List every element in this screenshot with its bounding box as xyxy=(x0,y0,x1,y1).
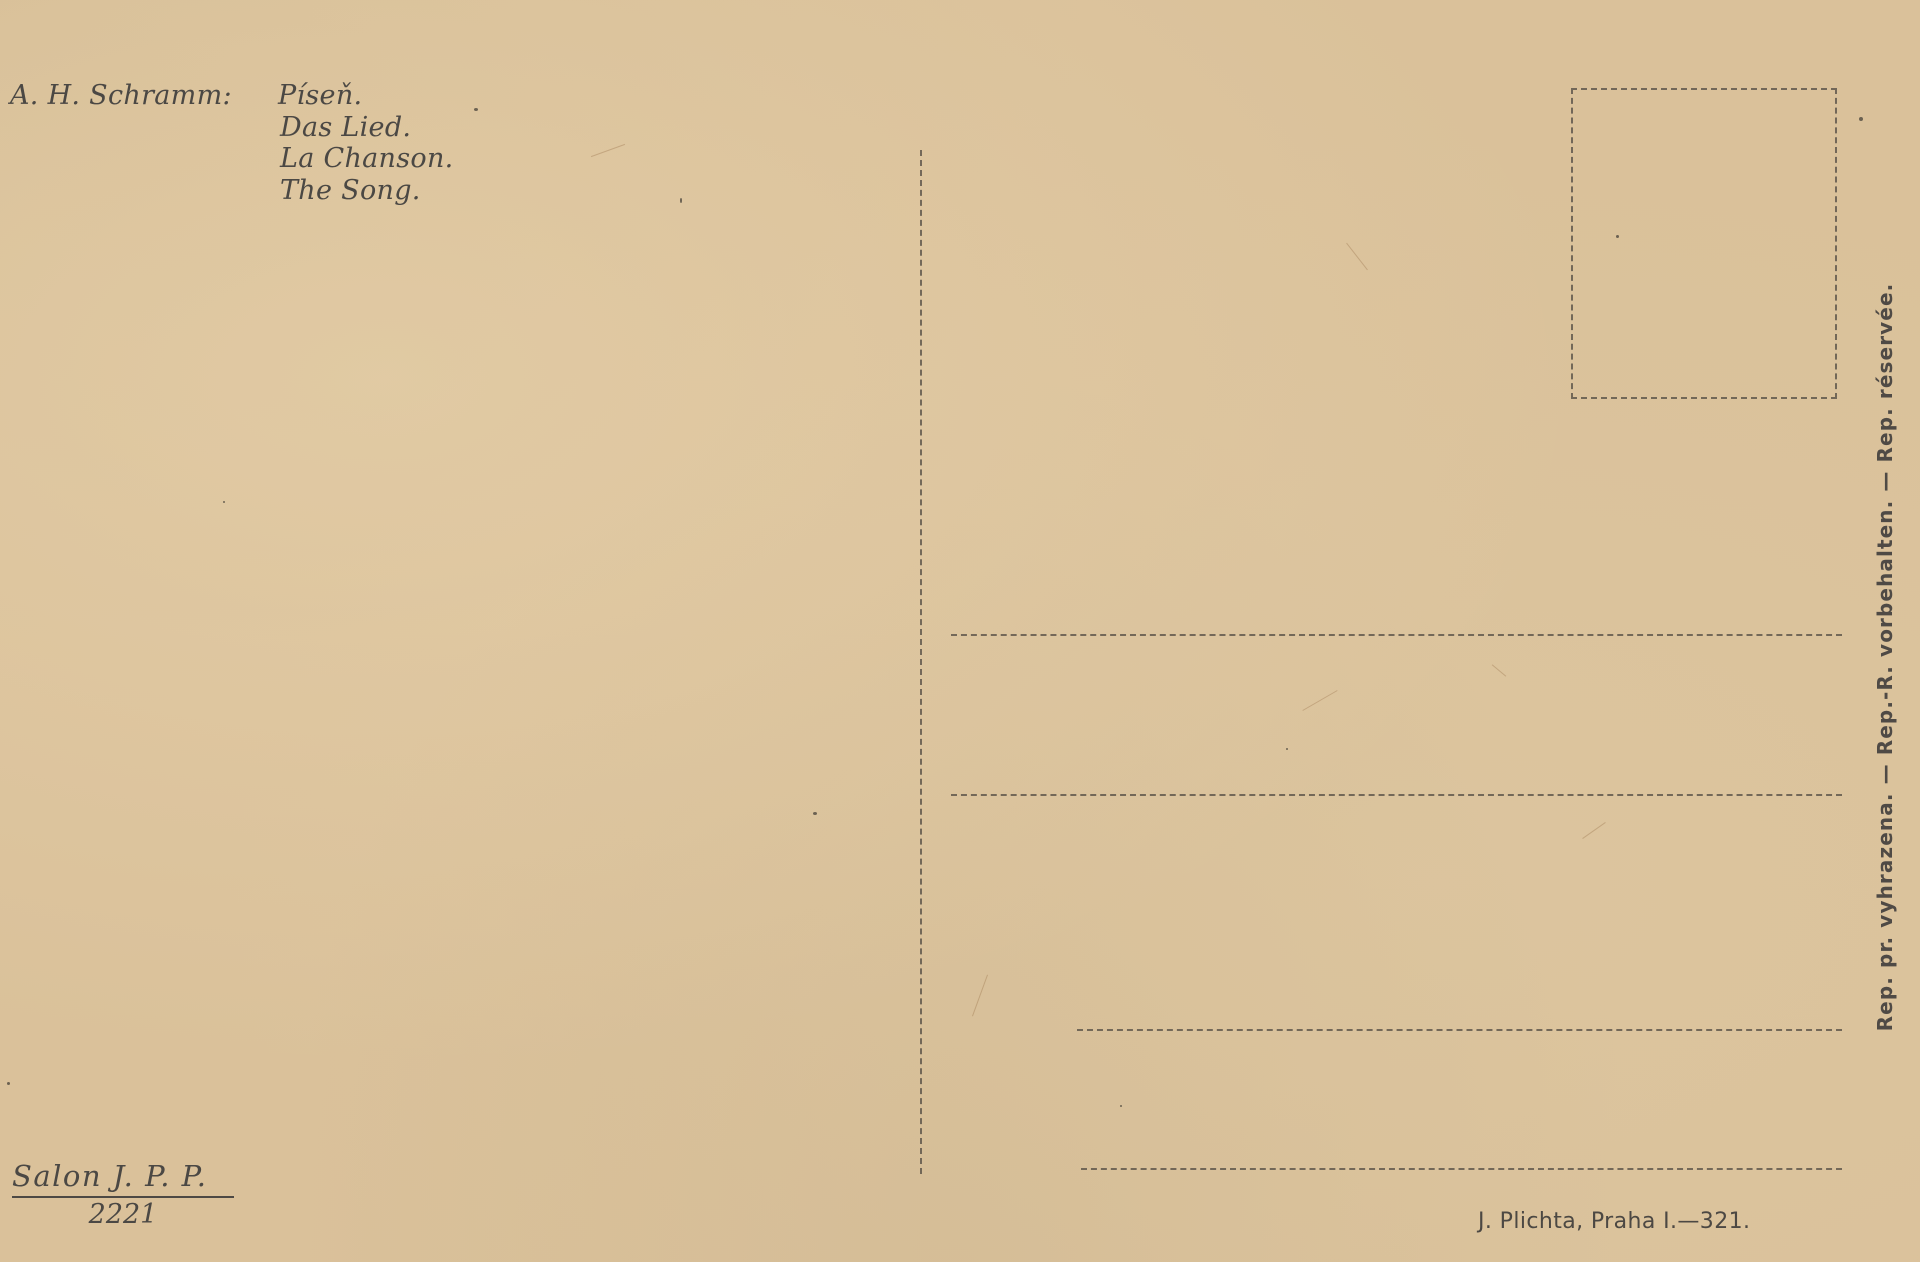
paper-speck xyxy=(1286,748,1288,750)
title-czech: Píseň. xyxy=(278,80,362,111)
address-line-1 xyxy=(951,634,1842,636)
paper-fiber xyxy=(1492,664,1506,676)
postcard-back: A. H. Schramm:Píseň. Das Lied. La Chanso… xyxy=(0,0,1920,1262)
paper-speck xyxy=(7,1082,10,1085)
title-row-czech: A. H. Schramm:Píseň. xyxy=(10,80,454,112)
title-row-english: The Song. xyxy=(10,175,454,207)
paper-fiber xyxy=(972,975,988,1017)
title-block: A. H. Schramm:Píseň. Das Lied. La Chanso… xyxy=(10,80,454,206)
rights-notice-text: Rep. pr. vyhrazena. — Rep.-R. vorbehalte… xyxy=(1873,283,1897,1032)
title-french: La Chanson. xyxy=(280,143,454,174)
paper-fiber xyxy=(1582,822,1606,839)
center-divider-dotted xyxy=(920,150,922,1174)
address-line-2 xyxy=(951,794,1842,796)
artist-name: A. H. Schramm: xyxy=(10,80,278,112)
title-german: Das Lied. xyxy=(280,112,411,143)
paper-fiber xyxy=(1346,243,1368,270)
paper-speck xyxy=(223,501,225,503)
paper-speck xyxy=(1616,235,1619,238)
address-line-4 xyxy=(1081,1168,1842,1170)
paper-speck xyxy=(474,108,478,111)
paper-speck xyxy=(813,812,817,815)
salon-label: Salon J. P. P. xyxy=(12,1160,234,1192)
catalog-number: 2221 xyxy=(12,1198,234,1232)
paper-fiber xyxy=(1302,690,1337,711)
title-row-french: La Chanson. xyxy=(10,143,454,175)
paper-speck xyxy=(1120,1105,1122,1107)
stamp-box xyxy=(1571,88,1837,399)
address-line-3 xyxy=(1077,1029,1842,1031)
publisher-imprint: J. Plichta, Praha I.—321. xyxy=(1478,1209,1750,1234)
paper-speck xyxy=(680,198,682,203)
title-english: The Song. xyxy=(280,175,421,206)
rights-notice: Rep. pr. vyhrazena. — Rep.-R. vorbehalte… xyxy=(1873,236,1897,1078)
paper-speck xyxy=(1859,117,1863,121)
paper-fiber xyxy=(591,144,625,157)
title-row-german: Das Lied. xyxy=(10,112,454,144)
salon-block: Salon J. P. P. 2221 xyxy=(12,1160,234,1232)
